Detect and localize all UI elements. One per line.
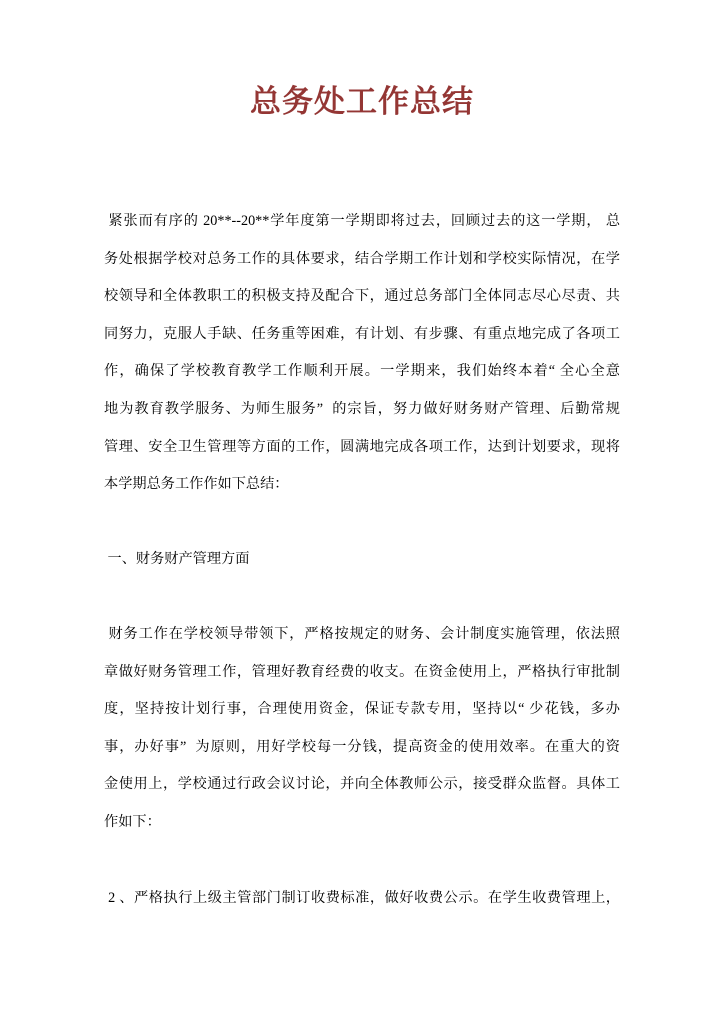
text-line: 事，办好事” 为原则，用好学校每一分钱，提高资金的使用效率。在重大的资 xyxy=(104,729,620,767)
text-line: 一、财务财产管理方面 xyxy=(104,541,620,579)
document-title: 总务处工作总结 xyxy=(104,78,620,125)
text-line: 金使用上，学校通过行政会议讨论，并向全体教师公示，接受群众监督。具体工 xyxy=(104,766,620,804)
text-line: 章做好财务管理工作，管理好教育经费的收支。在资金使用上，严格执行审批制 xyxy=(104,654,620,692)
text-line: 本学期总务工作作如下总结： xyxy=(104,466,620,504)
text-line: 地为教育教学服务、为师生服务” 的宗旨，努力做好财务财产管理、后勤常规 xyxy=(104,391,620,429)
text-line: 务处根据学校对总务工作的具体要求，结合学期工作计划和学校实际情况，在学 xyxy=(104,241,620,279)
text-line: 度，坚持按计划行事，合理使用资金，保证专款专用，坚持以“ 少花钱，多办 xyxy=(104,691,620,729)
paragraph-fees: 2 、严格执行上级主管部门制订收费标准，做好收费公示。在学生收费管理上， xyxy=(104,880,620,918)
paragraph-intro: 紧张而有序的 20**--20**学年度第一学期即将过去，回顾过去的这一学期， … xyxy=(104,203,620,504)
text-line: 紧张而有序的 20**--20**学年度第一学期即将过去，回顾过去的这一学期， … xyxy=(104,203,620,241)
document-page: 总务处工作总结 紧张而有序的 20**--20**学年度第一学期即将过去，回顾过… xyxy=(0,0,721,1020)
text-line: 同努力，克服人手缺、任务重等困难，有计划、有步骤、有重点地完成了各项工 xyxy=(104,316,620,354)
text-line: 校领导和全体教职工的积极支持及配合下，通过总务部门全体同志尽心尽责、共 xyxy=(104,278,620,316)
text-line: 作如下： xyxy=(104,804,620,842)
text-line: 财务工作在学校领导带领下，严格按规定的财务、会计制度实施管理，依法照 xyxy=(104,616,620,654)
text-line: 管理、安全卫生管理等方面的工作，圆满地完成各项工作，达到计划要求，现将 xyxy=(104,429,620,467)
text-line: 2 、严格执行上级主管部门制订收费标准，做好收费公示。在学生收费管理上， xyxy=(104,880,620,918)
section-heading-finance: 一、财务财产管理方面 xyxy=(104,541,620,579)
text-line: 作，确保了学校教育教学工作顺利开展。一学期来，我们始终本着“ 全心全意 xyxy=(104,353,620,391)
paragraph-finance: 财务工作在学校领导带领下，严格按规定的财务、会计制度实施管理，依法照 章做好财务… xyxy=(104,616,620,842)
